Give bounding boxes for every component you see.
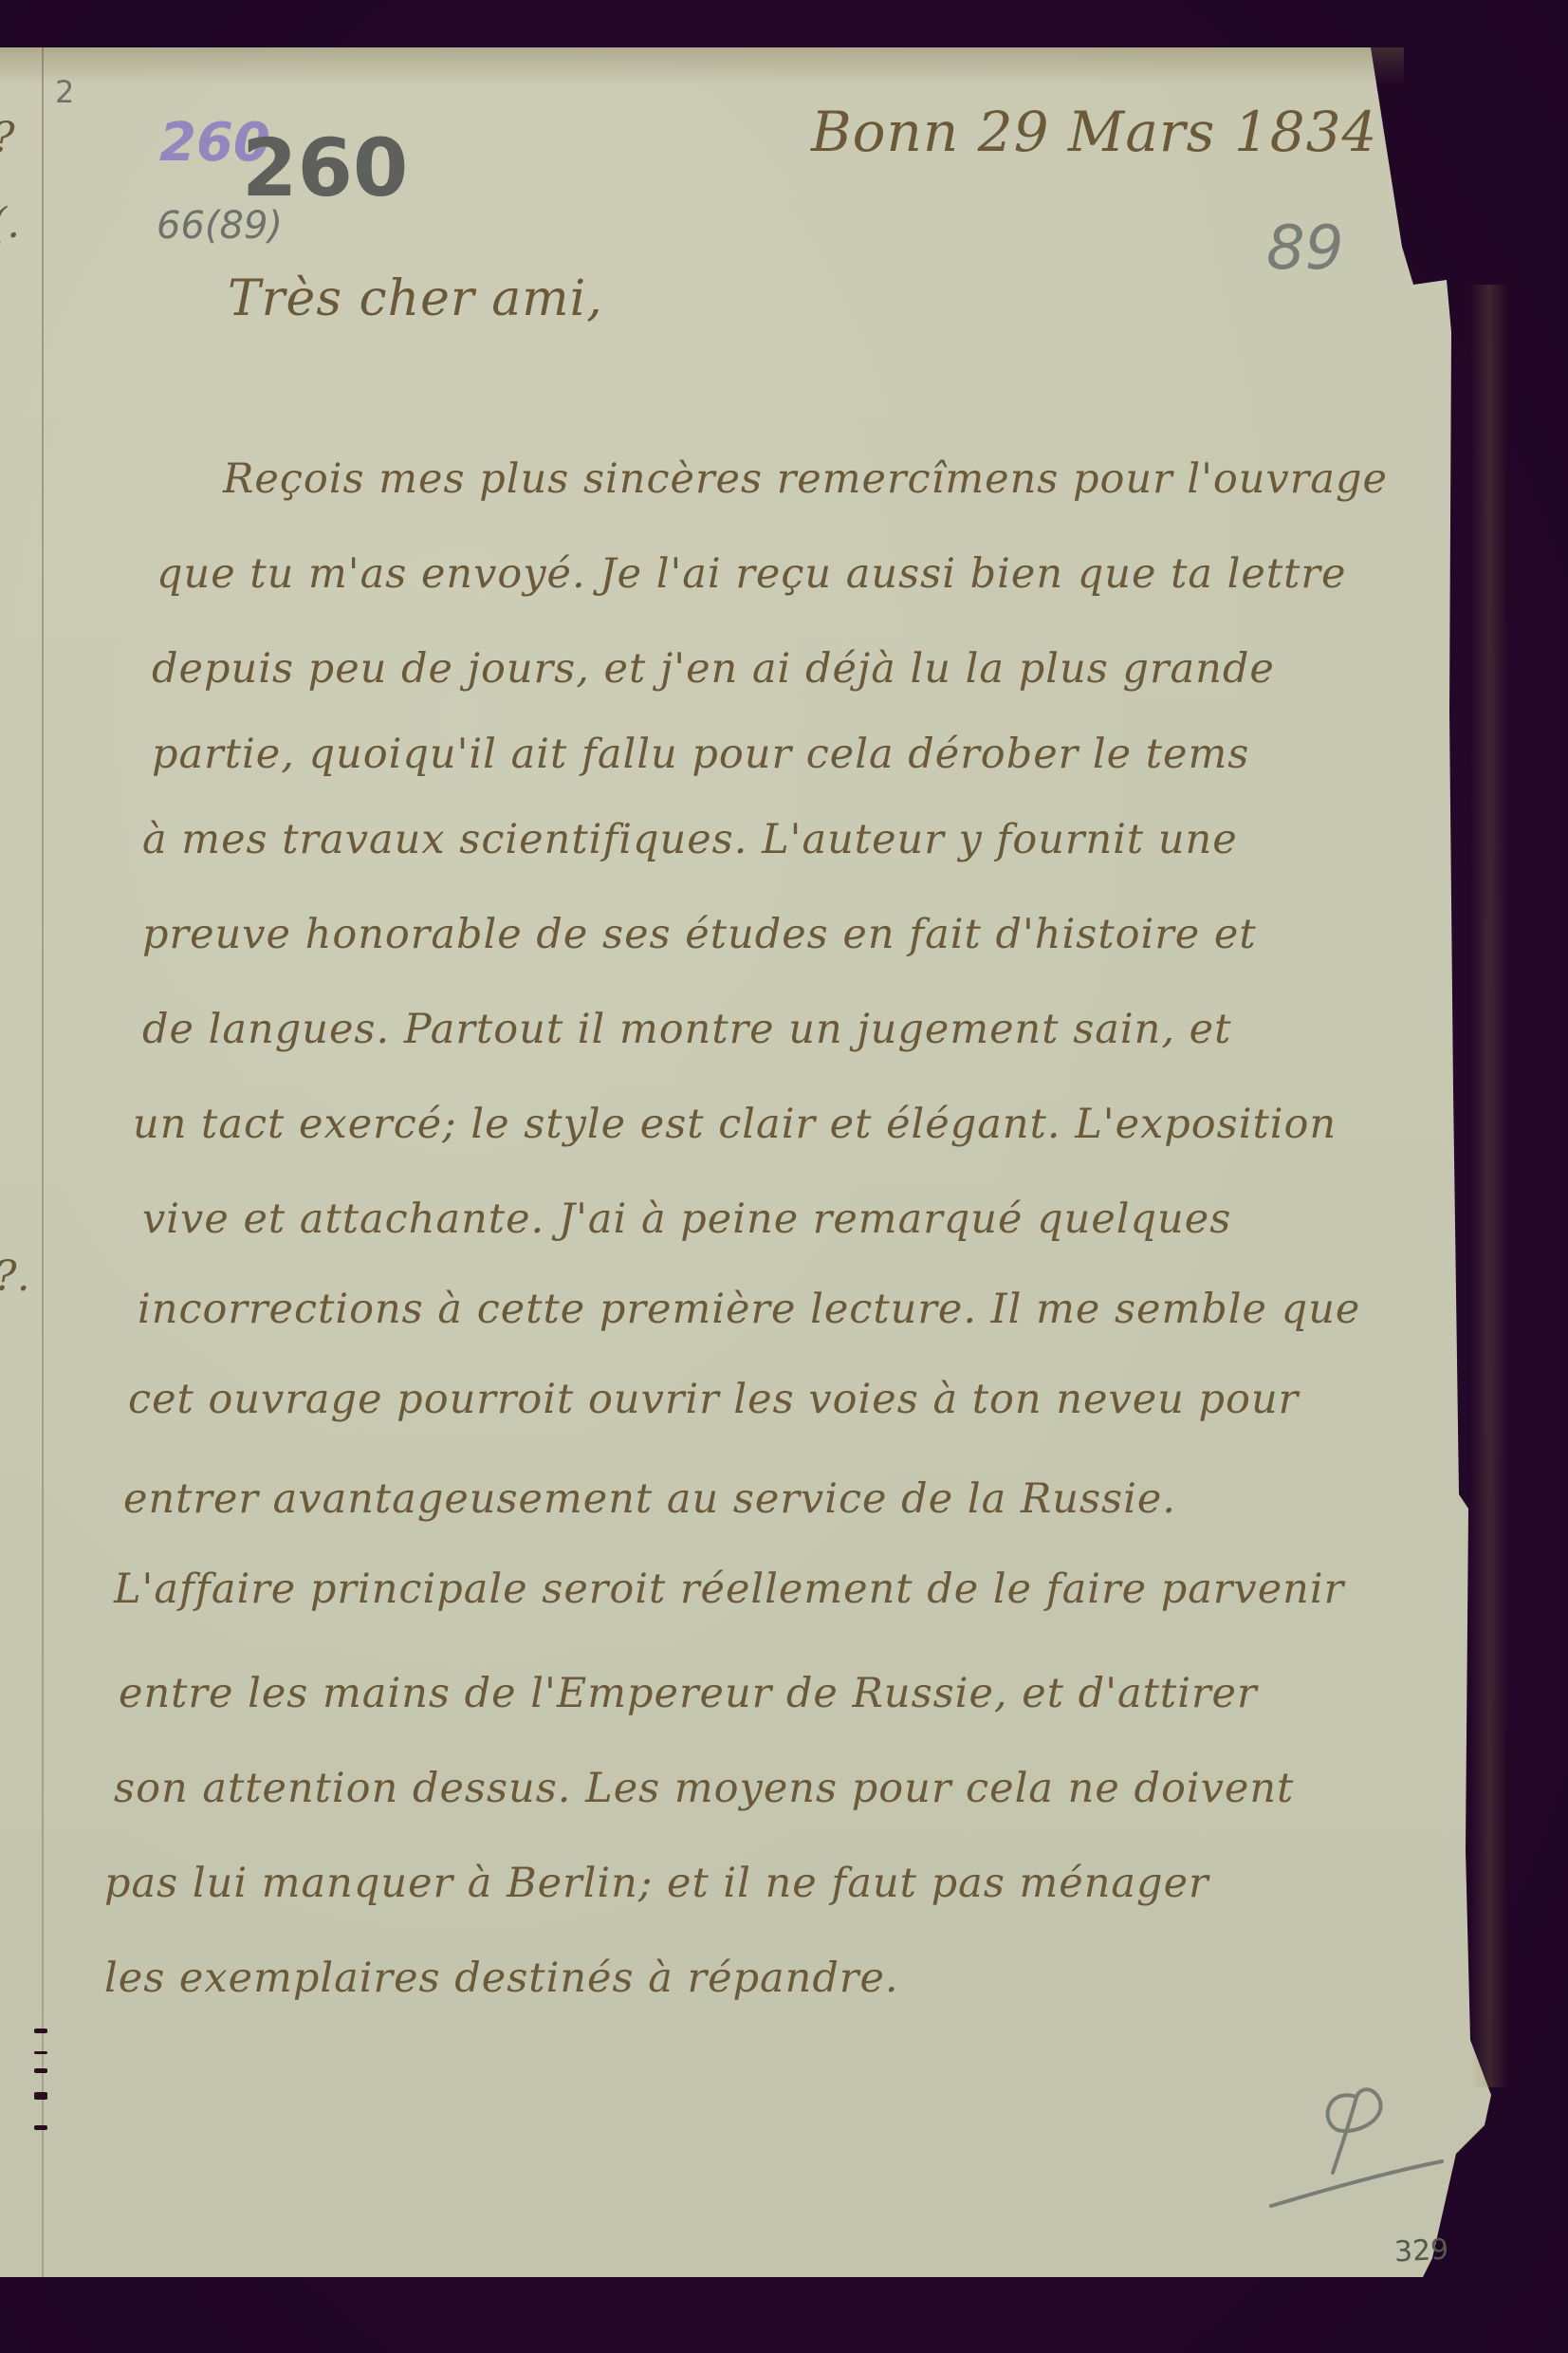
body-line: pas lui manquer à Berlin; et il ne faut … (104, 1860, 1209, 1907)
pencil-signature-mark (1262, 2068, 1470, 2220)
body-line: L'affaire principale seroit réellement d… (114, 1566, 1344, 1613)
body-line: un tact exercé; le style est clair et él… (133, 1101, 1337, 1148)
body-line: partie, quoiqu'il ait fallu pour cela dé… (152, 731, 1249, 778)
body-line: de langues. Partout il montre un jugemen… (142, 1006, 1231, 1053)
body-line: vive et attachante. J'ai à peine remarqu… (142, 1195, 1231, 1243)
body-line: entrer avantageusement au service de la … (123, 1475, 1176, 1523)
body-line: cet ouvrage pourroit ouvrir les voies à … (128, 1376, 1299, 1423)
body-line: depuis peu de jours, et j'en ai déjà lu … (152, 645, 1275, 693)
body-line: entre les mains de l'Empereur de Russie,… (119, 1670, 1258, 1717)
body-line: que tu m'as envoyé. Je l'ai reçu aussi b… (157, 550, 1346, 598)
bottom-folio-number: 329 (1393, 2233, 1449, 2270)
body-line: incorrections à cette première lecture. … (138, 1286, 1360, 1333)
body-line: Reçois mes plus sincères remercîmens pou… (223, 455, 1388, 503)
body-line: à mes travaux scientifiques. L'auteur y … (142, 816, 1238, 863)
letter-body: Reçois mes plus sincères remercîmens pou… (0, 0, 1568, 2353)
body-line: preuve honorable de ses études en fait d… (142, 911, 1257, 958)
body-line: son attention dessus. Les moyens pour ce… (114, 1765, 1294, 1812)
body-line: les exemplaires destinés à répandre. (104, 1955, 899, 2002)
